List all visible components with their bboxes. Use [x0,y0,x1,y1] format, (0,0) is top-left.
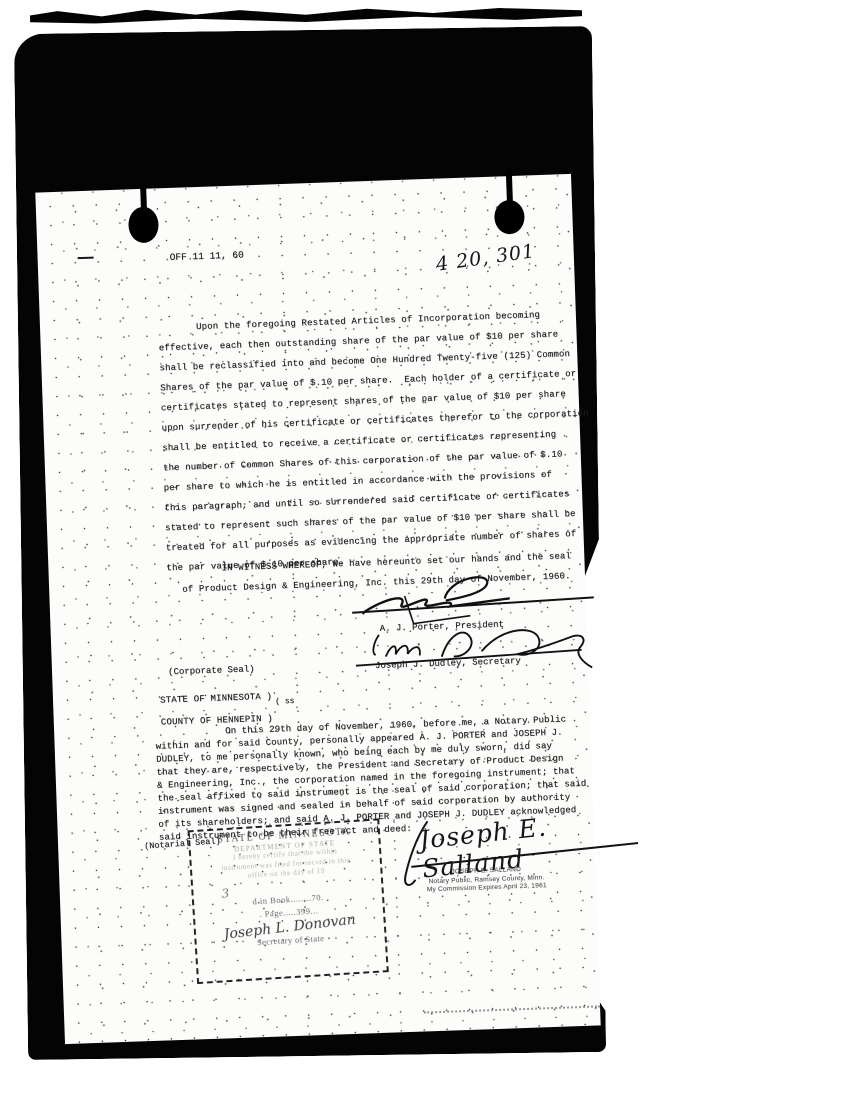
date-file-stamp: OFF 11 11, 60 [169,249,243,263]
corporate-seal-note: (Corporate Seal) [168,664,255,677]
filing-stamp-box: STATE OF MINNESOTA DEPARTMENT OF STATE I… [188,818,389,984]
right-fastener-stem-icon [506,170,513,202]
handwritten-folio-number: 4 20, 301 [435,240,537,276]
venue-ss-label: ( ss [275,697,295,707]
margin-dash [78,257,94,260]
right-fastener-hole-icon [494,200,525,235]
notary-commission-block: JOSEPH E. SALLANDNotary Public, Ramsey C… [396,864,577,896]
left-fastener-hole-icon [128,206,159,243]
bottom-edge-smudge [424,1005,600,1013]
main-paragraph: Upon the foregoing Restated Articles of … [158,304,587,578]
dudley-signature [351,621,618,680]
document-paper: OFF 11 11, 60 4 20, 301 Upon the foregoi… [35,174,600,1044]
scan-artifact-strip [30,6,582,24]
